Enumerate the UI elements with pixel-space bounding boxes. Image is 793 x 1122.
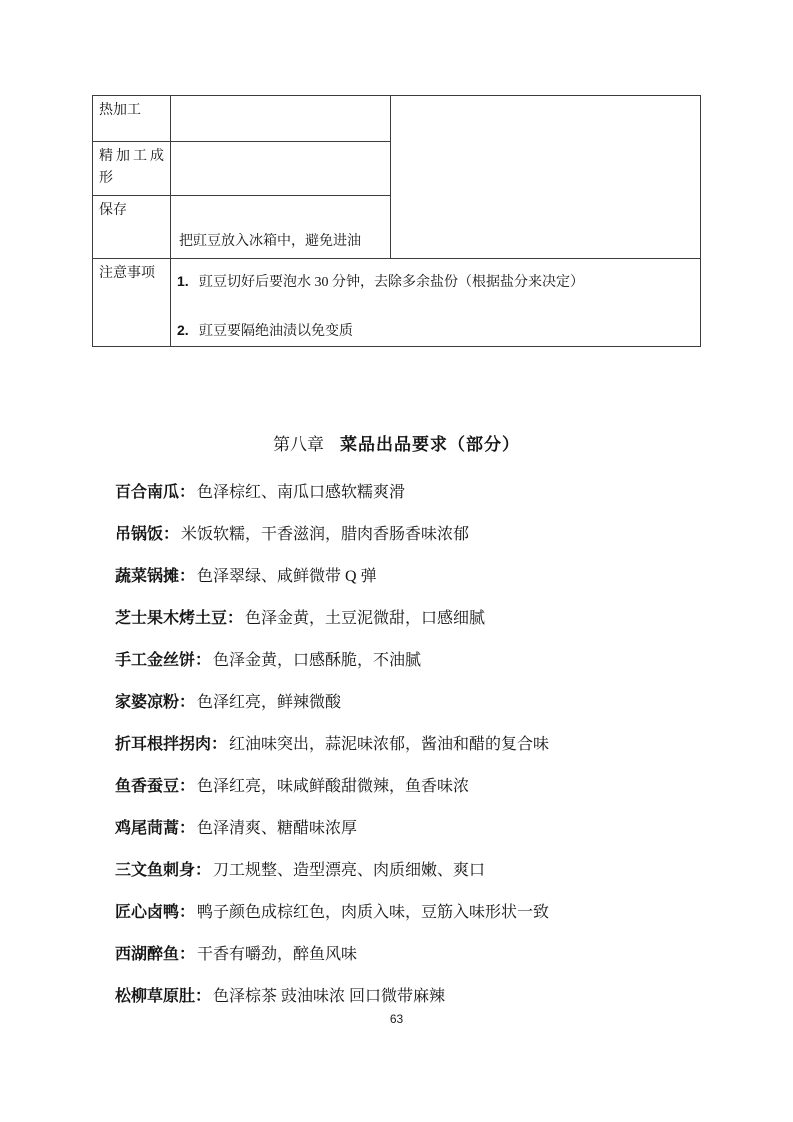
dish-description: 色泽红亮，味咸鲜酸甜微辣，鱼香味浓 <box>197 778 469 795</box>
note-number: 1. <box>177 271 199 293</box>
dish-name: 蔬菜锅摊： <box>115 568 195 585</box>
dish-item: 三文鱼刺身：刀工规整、造型漂亮、肉质细嫩、爽口 <box>115 850 753 892</box>
dish-item: 折耳根拌拐肉：红油味突出，蒜泥味浓郁，酱油和醋的复合味 <box>115 724 753 766</box>
dish-name: 匠心卤鸭： <box>115 904 195 921</box>
note-text: 豇豆切好后要泡水 30 分钟，去除多余盐份（根据盐分来决定） <box>199 275 584 290</box>
dish-description: 色泽清爽、糖醋味浓厚 <box>197 820 357 837</box>
dish-name: 鸡尾茼蒿： <box>115 820 195 837</box>
chapter-number: 第八章 <box>273 435 324 454</box>
dish-description: 色泽棕红、南瓜口感软糯爽滑 <box>197 484 405 501</box>
row-label-hot-processing: 热加工 <box>93 96 171 142</box>
note-item: 2.豇豆要隔绝油渍以免变质 <box>177 320 692 343</box>
dish-description: 红油味突出，蒜泥味浓郁，酱油和醋的复合味 <box>229 736 549 753</box>
dish-name: 家婆凉粉： <box>115 694 195 711</box>
table-row: 注意事项 1.豇豆切好后要泡水 30 分钟，去除多余盐份（根据盐分来决定） 2.… <box>93 259 701 347</box>
dish-name: 芝士果木烤土豆： <box>115 610 243 627</box>
row-label-precautions: 注意事项 <box>93 259 171 347</box>
chapter-heading: 第八章菜品出品要求（部分） <box>0 430 793 455</box>
dish-item: 手工金丝饼：色泽金黄，口感酥脆，不油腻 <box>115 640 753 682</box>
table-empty-merged-cell <box>391 96 701 259</box>
dish-name: 松柳草原肚： <box>115 988 211 1005</box>
dish-item: 鱼香蚕豆：色泽红亮，味咸鲜酸甜微辣，鱼香味浓 <box>115 766 753 808</box>
dish-item: 百合南瓜：色泽棕红、南瓜口感软糯爽滑 <box>115 472 753 514</box>
dish-item: 鸡尾茼蒿：色泽清爽、糖醋味浓厚 <box>115 808 753 850</box>
table-row: 热加工 <box>93 96 701 142</box>
dish-name: 鱼香蚕豆： <box>115 778 195 795</box>
dish-description: 色泽红亮，鲜辣微酸 <box>197 694 341 711</box>
dish-description: 干香有嚼劲，醉鱼风味 <box>197 946 357 963</box>
dish-name: 西湖醉鱼： <box>115 946 195 963</box>
dish-description: 色泽棕茶 豉油味浓 回口微带麻辣 <box>213 988 445 1005</box>
row-content-storage: 把豇豆放入冰箱中，避免进油 <box>171 196 391 259</box>
dish-item: 芝士果木烤土豆：色泽金黄，土豆泥微甜，口感细腻 <box>115 598 753 640</box>
row-label-storage: 保存 <box>93 196 171 259</box>
dish-requirement-list: 百合南瓜：色泽棕红、南瓜口感软糯爽滑 吊锅饭：米饭软糯，干香滋润，腊肉香肠香味浓… <box>115 472 753 1018</box>
note-number: 2. <box>177 320 199 342</box>
dish-item: 蔬菜锅摊：色泽翠绿、咸鲜微带 Q 弹 <box>115 556 753 598</box>
chapter-title: 菜品出品要求（部分） <box>340 435 520 454</box>
dish-description: 色泽金黄，口感酥脆，不油腻 <box>213 652 421 669</box>
dish-name: 百合南瓜： <box>115 484 195 501</box>
prep-process-table: 热加工 精加工成形 保存 把豇豆放入冰箱中，避免进油 注意事项 1.豇豆切好后要… <box>92 95 701 347</box>
dish-name: 吊锅饭： <box>115 526 179 543</box>
dish-item: 家婆凉粉：色泽红亮，鲜辣微酸 <box>115 682 753 724</box>
dish-name: 三文鱼刺身： <box>115 862 211 879</box>
dish-name: 手工金丝饼： <box>115 652 211 669</box>
precautions-cell: 1.豇豆切好后要泡水 30 分钟，去除多余盐份（根据盐分来决定） 2.豇豆要隔绝… <box>171 259 701 347</box>
note-text: 豇豆要隔绝油渍以免变质 <box>199 324 353 339</box>
page-number: 63 <box>0 1012 793 1026</box>
dish-description: 刀工规整、造型漂亮、肉质细嫩、爽口 <box>213 862 485 879</box>
dish-name: 折耳根拌拐肉： <box>115 736 227 753</box>
dish-item: 匠心卤鸭：鸭子颜色成棕红色，肉质入味，豆筋入味形状一致 <box>115 892 753 934</box>
document-page: 热加工 精加工成形 保存 把豇豆放入冰箱中，避免进油 注意事项 1.豇豆切好后要… <box>0 0 793 1122</box>
row-content-hot-processing <box>171 96 391 142</box>
dish-description: 米饭软糯，干香滋润，腊肉香肠香味浓郁 <box>181 526 469 543</box>
dish-description: 色泽金黄，土豆泥微甜，口感细腻 <box>245 610 485 627</box>
dish-description: 鸭子颜色成棕红色，肉质入味，豆筋入味形状一致 <box>197 904 549 921</box>
dish-description: 色泽翠绿、咸鲜微带 Q 弹 <box>197 568 377 585</box>
row-label-fine-shaping: 精加工成形 <box>93 142 171 196</box>
row-content-fine-shaping <box>171 142 391 196</box>
dish-item: 西湖醉鱼：干香有嚼劲，醉鱼风味 <box>115 934 753 976</box>
note-item: 1.豇豆切好后要泡水 30 分钟，去除多余盐份（根据盐分来决定） <box>177 271 692 294</box>
dish-item: 吊锅饭：米饭软糯，干香滋润，腊肉香肠香味浓郁 <box>115 514 753 556</box>
